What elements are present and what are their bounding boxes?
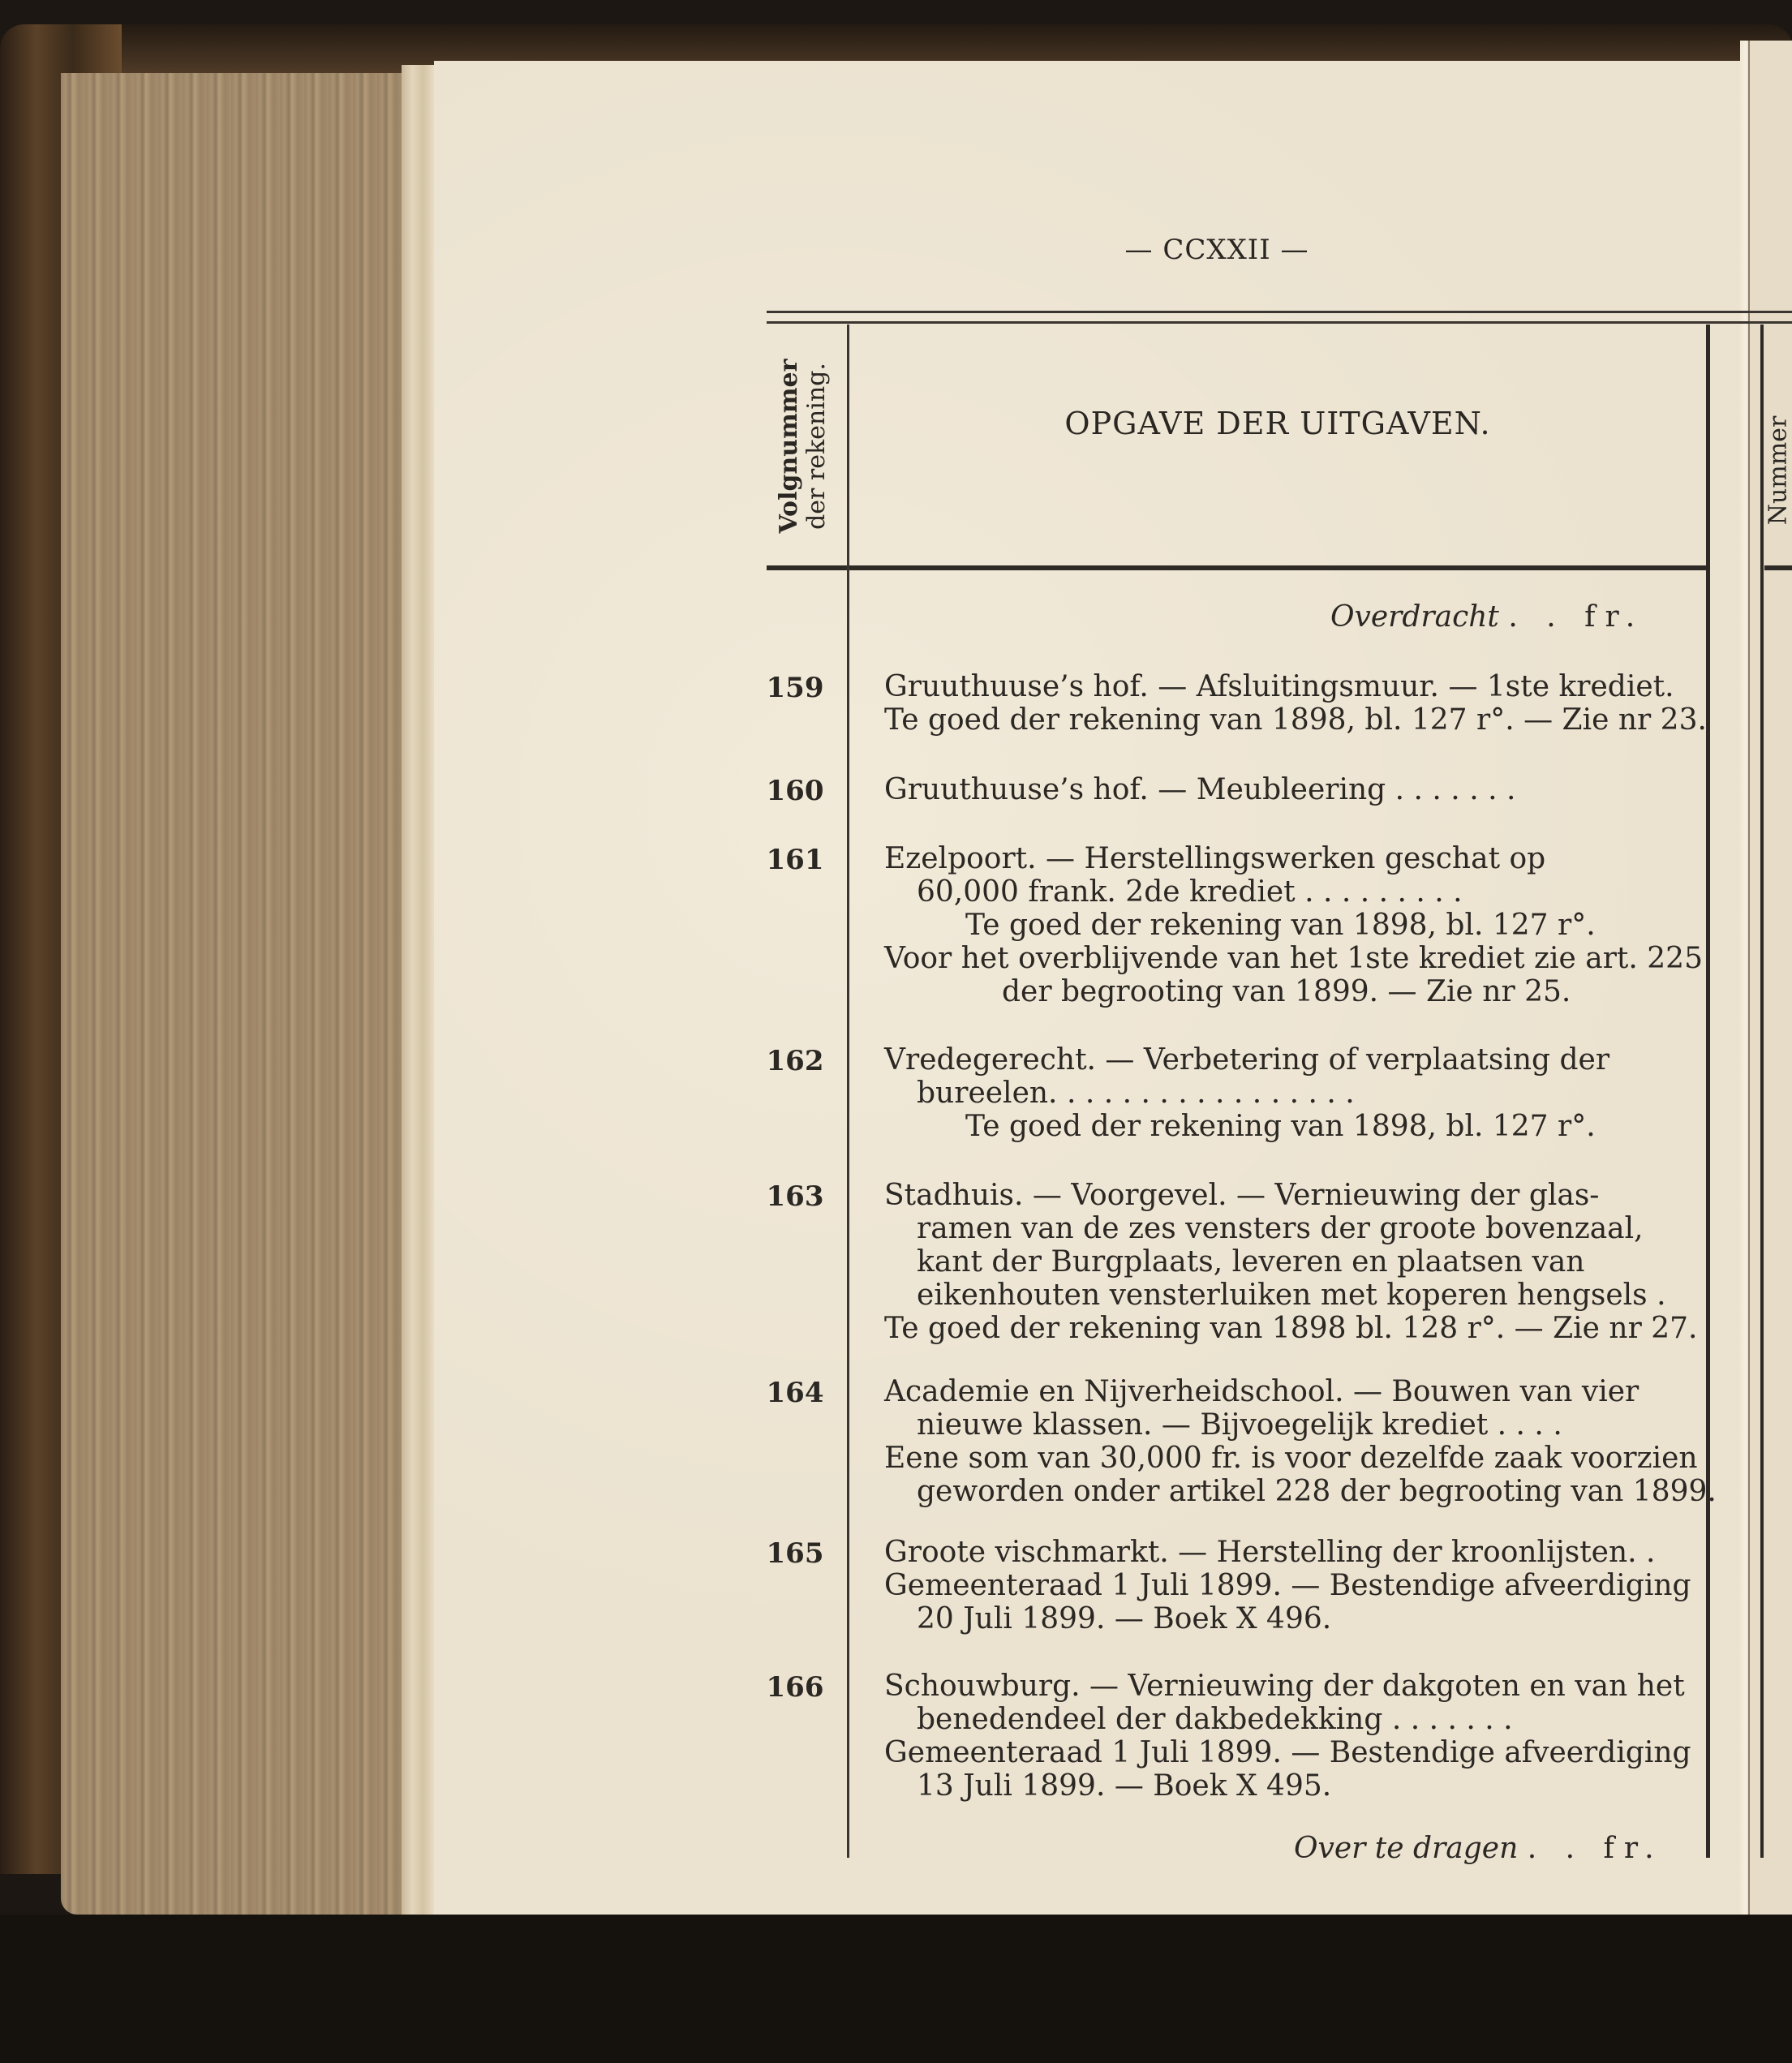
entry-line: Stadhuis. — Voorgevel. — Vernieuwing der… — [884, 1179, 1599, 1212]
entry-line: Gemeenteraad 1 Juli 1899. — Bestendige a… — [884, 1569, 1691, 1602]
entry-line: Te goed der rekening van 1898, bl. 127 r… — [965, 1110, 1596, 1143]
entry-line: Te goed der rekening van 1898 bl. 128 r°… — [884, 1312, 1697, 1345]
entry-number: 164 — [754, 1377, 836, 1409]
entry-line: Schouwburg. — Vernieuwing der dakgoten e… — [884, 1670, 1685, 1703]
entry-line: Te goed der rekening van 1898, bl. 127 r… — [884, 703, 1707, 737]
entry-line: bureelen. . . . . . . . . . . . . . . . … — [917, 1077, 1355, 1110]
carry-in-suffix: . . fr. — [1508, 600, 1644, 634]
entry-line: kant der Burgplaats, leveren en plaatsen… — [917, 1245, 1584, 1279]
background-surface — [0, 1915, 1792, 2063]
entry-number: 160 — [754, 775, 836, 807]
entry-line: Gruuthuuse’s hof. — Afsluitingsmuur. — 1… — [884, 670, 1674, 703]
entry-number: 166 — [754, 1671, 836, 1704]
entry-line: 13 Juli 1899. — Boek X 495. — [917, 1769, 1331, 1803]
entry-number: 162 — [754, 1045, 836, 1077]
entry-line: 60,000 frank. 2de krediet . . . . . . . … — [917, 875, 1463, 909]
entry-line: nieuwe klassen. — Bijvoegelijk krediet .… — [917, 1408, 1562, 1442]
entry-line: eikenhouten vensterluiken met koperen he… — [917, 1279, 1666, 1312]
entry-line: benedendeel der dakbedekking . . . . . .… — [917, 1703, 1513, 1736]
page-stack-edge — [402, 65, 434, 1923]
entry-number: 163 — [754, 1180, 836, 1213]
carry-out-label: Over te dragen — [1294, 1832, 1518, 1865]
entry-line: Ezelpoort. — Herstellingswerken geschat … — [884, 842, 1545, 875]
column-header-description: OPGAVE DER UITGAVEN. — [852, 406, 1704, 441]
next-page-header-label: Nummer — [1764, 416, 1792, 526]
entry-line: Groote vischmarkt. — Herstelling der kro… — [884, 1536, 1656, 1569]
carry-in-label: Overdracht — [1330, 600, 1499, 634]
carry-out-suffix: . . fr. — [1528, 1832, 1664, 1865]
column-header-line1: Volgnummer — [776, 359, 803, 534]
entry-line: Academie en Nijverheidschool. — Bouwen v… — [884, 1375, 1639, 1408]
entry-number: 159 — [754, 672, 836, 704]
entry-line: Vredegerecht. — Verbetering of verplaats… — [884, 1043, 1609, 1077]
entry-line: geworden onder artikel 228 der begrootin… — [917, 1475, 1717, 1508]
column-header-number: Volgnummerder rekening. — [763, 324, 844, 568]
next-page-column-rule — [1760, 324, 1764, 1858]
table-top-rule — [767, 311, 1792, 313]
entry-line: 20 Juli 1899. — Boek X 496. — [917, 1602, 1331, 1635]
table-top-rule-2 — [767, 321, 1792, 324]
entry-line: Gruuthuuse’s hof. — Meubleering . . . . … — [884, 773, 1515, 806]
entry-number: 165 — [754, 1537, 836, 1570]
header-bottom-rule — [767, 565, 1708, 570]
page-stack — [61, 73, 410, 1915]
entry-line: ramen van de zes vensters der groote bov… — [917, 1212, 1644, 1245]
entry-line: Voor het overblijvende van het 1ste kred… — [884, 942, 1703, 975]
page-number: — CCXXII — — [1055, 234, 1379, 266]
entry-number: 161 — [754, 844, 836, 876]
column-divider — [847, 324, 849, 1858]
table-right-rule — [1706, 324, 1710, 1858]
column-header-line2: der rekening. — [803, 359, 831, 534]
carry-in-row: Overdracht . . fr. — [1330, 600, 1644, 634]
entry-line: Te goed der rekening van 1898, bl. 127 r… — [965, 909, 1596, 942]
entry-line: der begrooting van 1899. — Zie nr 25. — [1002, 975, 1571, 1008]
entry-line: Eene som van 30,000 fr. is voor dezelfde… — [884, 1442, 1698, 1475]
entry-line: Gemeenteraad 1 Juli 1899. — Bestendige a… — [884, 1736, 1691, 1769]
next-page-header: Nummer — [1764, 333, 1792, 568]
carry-out-row: Over te dragen . . fr. — [1294, 1832, 1664, 1865]
